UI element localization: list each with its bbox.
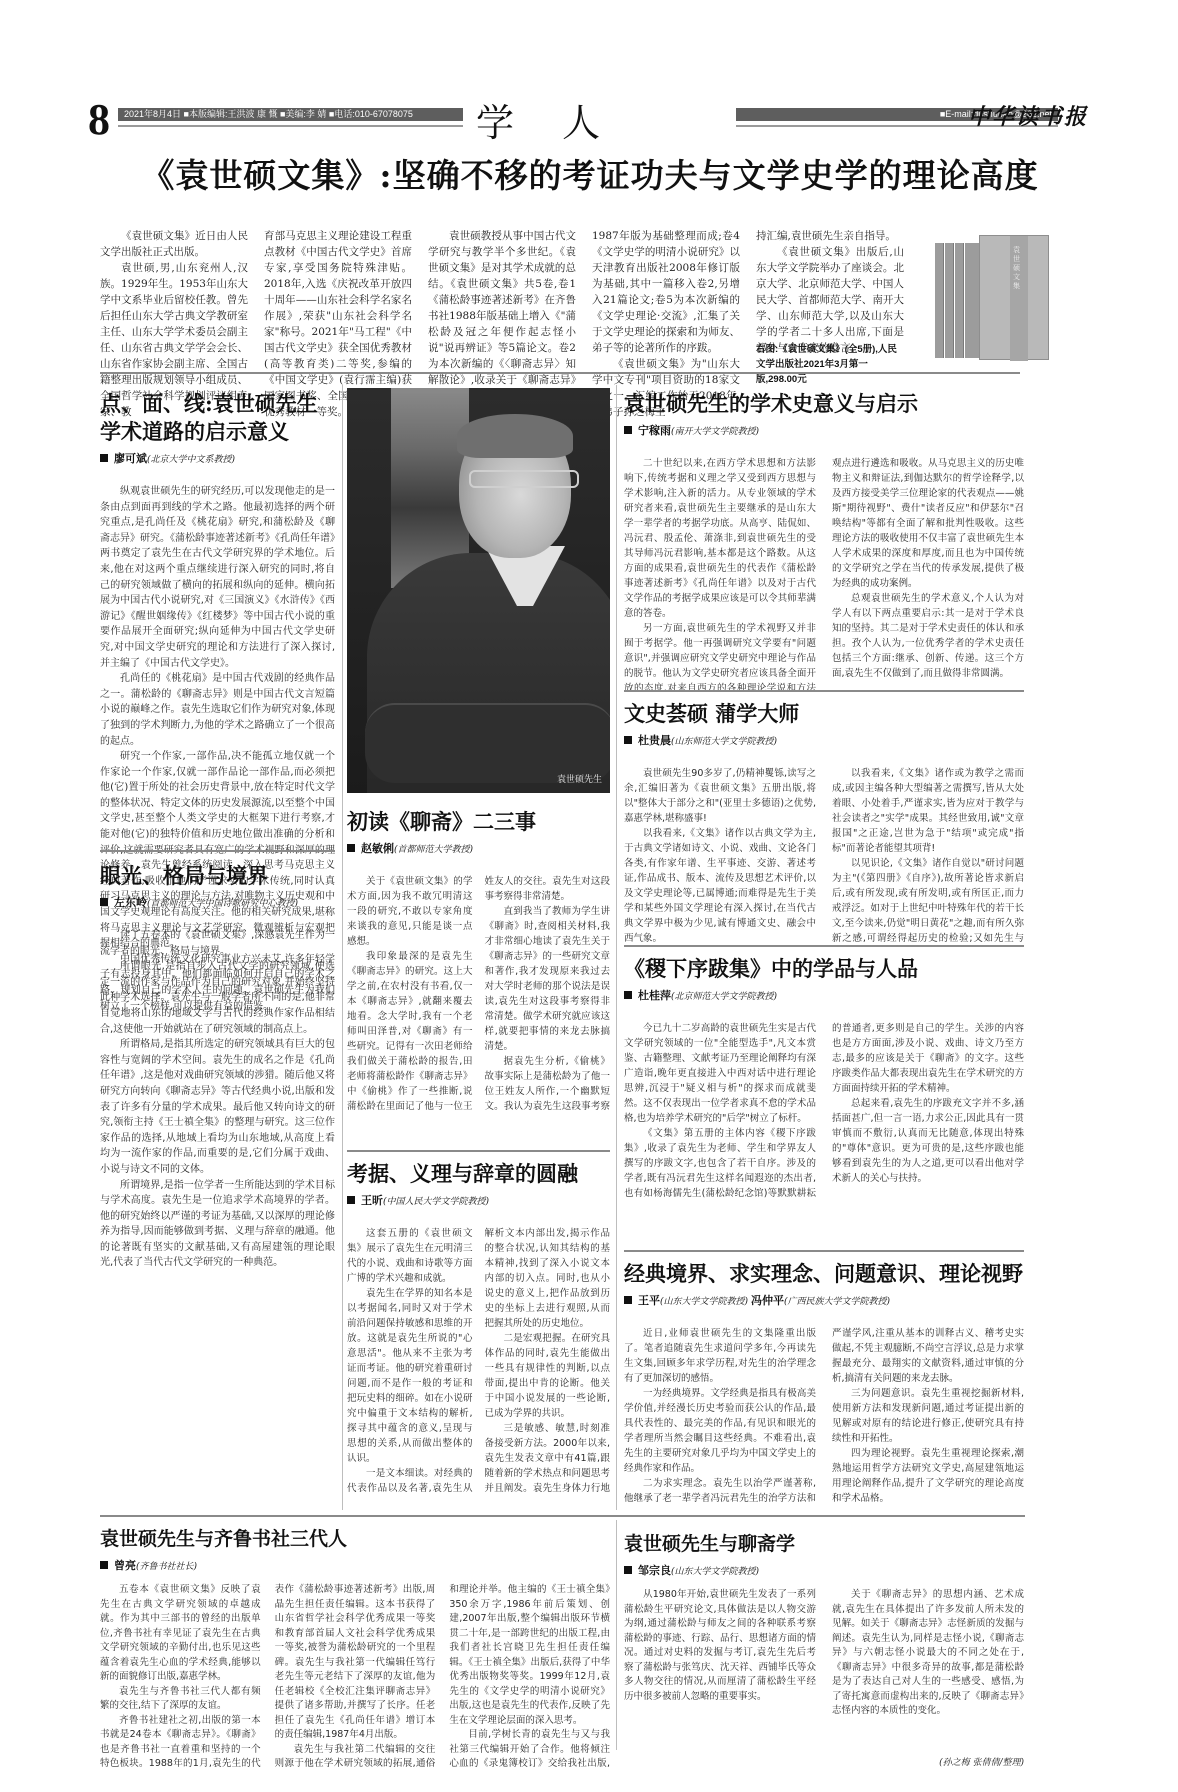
paragraph: 二是宏观把握。在研究具体作品的同时,袁先生能做出一些具有规律性的判断,以点带面,… bbox=[485, 1331, 611, 1421]
divider bbox=[624, 1250, 1024, 1252]
section-title: 学人 bbox=[476, 92, 648, 147]
author-name: 杜桂萍 bbox=[638, 990, 671, 1002]
article-wang-ping-feng-zhongping: 经典境界、求实理念、问题意识、理论视野 王平(山东大学文学院教授) 冯仲平(广西… bbox=[624, 1260, 1024, 1516]
paragraph: 1987年版为基础整理而成;卷4《文学史学的明清小说研究》以天津教育出版社200… bbox=[592, 228, 740, 356]
divider bbox=[100, 850, 335, 852]
newspaper-logo: 中华读书报 bbox=[968, 100, 1088, 131]
intro-column-5: 持汇编,袁世硕先生亲自指导。 《袁世硕文集》出版后,山东大学文学院举办了座谈会。… bbox=[756, 228, 904, 356]
author-affiliation: (北京师范大学文学院教授) bbox=[671, 992, 777, 1002]
author-name: 赵敏俐 bbox=[361, 843, 394, 855]
paragraph: 《袁世硕文集》近日由人民文学出版社正式出版。 bbox=[100, 228, 248, 260]
article-wang-xin: 考据、义理与辞章的圆融 王昕(中国人民大学文学院教授) 这套五册的《袁世硕文集》… bbox=[347, 1160, 610, 1501]
author-affiliation: (南开大学文学院教授) bbox=[671, 427, 759, 437]
paragraph: 所谓境界,是指一位学者一生所能达到的学术目标与学术高度。袁先生是一位追求学术高境… bbox=[100, 1178, 335, 1272]
byline: 邹宗良(山东大学文学院教授) bbox=[624, 1562, 1024, 1578]
article-body: 今已九十二岁高龄的袁世硕先生实是古代文学研究领域的一位"全能型选手",凡文本赏鉴… bbox=[624, 1021, 1024, 1221]
paragraph: 直到我当了教师为学生讲《聊斋》时,查阅相关材料,我才非常细心地读了袁先生关于《聊… bbox=[485, 904, 611, 1054]
article-title: 经典境界、求实理念、问题意识、理论视野 bbox=[624, 1260, 1024, 1288]
article-body: 关于《袁世硕文集》的学术方面,因为我不敢冗明清这一段的研究,不敢以专家角度来谈我… bbox=[347, 874, 610, 1124]
paragraph: 总观袁世硕先生的学术意义,个人认为对学人有以下两点重要启示:其一是对于学术良知的… bbox=[832, 591, 1024, 681]
paragraph: 一为经典境界。文学经典是指具有极高美学价值,并经漫长历史考验而获公认的作品,最具… bbox=[624, 1386, 816, 1476]
book-photo-caption: 右图:《袁世硕文集》(全5册),人民文学出版社2021年3月第一版,298.00… bbox=[756, 342, 906, 387]
square-bullet-icon bbox=[624, 991, 632, 999]
author-affiliation: (广西民族大学文学院教授) bbox=[784, 1297, 890, 1307]
page-number: 8 bbox=[88, 94, 110, 145]
square-bullet-icon bbox=[624, 1296, 632, 1304]
section-divider bbox=[100, 1515, 1025, 1517]
article-body: 二十世纪以来,在西方学术思想和方法影响下,传统考据和义理之学又受到西方思想与学术… bbox=[624, 456, 1024, 706]
article-du-guiping: 《稷下序跋集》中的学品与人品 杜桂萍(北京师范大学文学院教授) 今已九十二岁高龄… bbox=[624, 955, 1024, 1221]
divider bbox=[347, 1150, 610, 1152]
paragraph: 关于《聊斋志异》的思想内涵、艺术成就,袁先生在具体提出了许多发前人所未发的见解。… bbox=[832, 1588, 1024, 1719]
author-affiliation: (山东大学文学院教授) bbox=[671, 1567, 759, 1577]
article-zou-zongliang: 袁世硕先生与聊斋学 邹宗良(山东大学文学院教授) 从1980年开始,袁世硕先生发… bbox=[624, 1530, 1024, 1768]
paragraph: 三为问题意识。袁先生重视挖掘新材料,使用新方法和发现新问题,通过考证提出新的见解… bbox=[832, 1386, 1024, 1446]
author-name: 左东岭 bbox=[114, 897, 147, 909]
article-title: 《稷下序跋集》中的学品与人品 bbox=[624, 955, 1024, 983]
paragraph: 近日,业师袁世硕先生的文集隆重出版了。笔者追随袁先生求道问学多年,今再读先生文集… bbox=[624, 1326, 816, 1386]
paragraph: 今已九十二岁高龄的袁世硕先生实是古代文学研究领域的一位"全能型选手",凡文本赏鉴… bbox=[624, 1021, 816, 1126]
square-bullet-icon bbox=[100, 454, 108, 462]
byline: 杜贵晨(山东师范大学文学院教授) bbox=[624, 732, 1024, 748]
book-spine bbox=[945, 243, 954, 358]
book-spine bbox=[935, 243, 944, 358]
author-name: 宁稼雨 bbox=[638, 425, 671, 437]
article-body: 袁世硕先生90多岁了,仍精神矍铄,读写之余,汇编旧著为《袁世硕文集》五册出版,将… bbox=[624, 766, 1024, 951]
issue-info-bar: 2021年8月4日 ■本版编辑:王洪波 康 慨 ■美编:李 婧 ■电话:010-… bbox=[118, 108, 463, 121]
crossed-arms bbox=[365, 703, 610, 783]
article-title: 袁世硕先生与齐鲁书社三代人 bbox=[100, 1525, 610, 1553]
paragraph: 袁世硕先生90多岁了,仍精神矍铄,读写之余,汇编旧著为《袁世硕文集》五册出版,将… bbox=[624, 766, 816, 826]
byline: 赵敏俐(首都师范大学教授) bbox=[347, 840, 610, 856]
book-spine bbox=[955, 243, 964, 358]
article-zhao-minli: 初读《聊斋》二三事 赵敏俐(首都师范大学教授) 关于《袁世硕文集》的学术方面,因… bbox=[347, 808, 610, 1124]
author-name: 王平 bbox=[638, 1295, 660, 1307]
paragraph: 《袁世硕文集》出版后,山东大学文学院举办了座谈会。北京大学、北京师范大学、中国人… bbox=[756, 244, 904, 356]
article-body: 五卷本《袁世硕文集》反映了袁先生在古典文学研究领域的卓越成就。作为其中三部书的曾… bbox=[100, 1583, 610, 1783]
byline: 廖可斌(北京大学中文系教授) bbox=[100, 450, 335, 466]
divider bbox=[118, 125, 463, 127]
photo-caption: 袁世硕先生 bbox=[557, 772, 602, 785]
author-affiliation: (北京大学中文系教授) bbox=[147, 455, 235, 465]
article-ning-jiayu: 袁世硕先生的学术史意义与启示 宁稼雨(南开大学文学院教授) 二十世纪以来,在西方… bbox=[624, 390, 1024, 706]
byline: 宁稼雨(南开大学文学院教授) bbox=[624, 422, 1024, 438]
paragraph: 总起来看,袁先生的序跋充文字并不多,涵括面甚广,但一言一语,力求公正,因此具有一… bbox=[832, 1096, 1024, 1186]
divider bbox=[624, 690, 1024, 692]
paragraph: 所谓格局,是指其所选定的研究领域具有巨大的包容性与宽阔的学术空间。袁先生的成名之… bbox=[100, 1037, 335, 1177]
article-body: 从1980年开始,袁世硕先生发表了一系列蒲松龄生平研究论文,具体做法是以人物交游… bbox=[624, 1588, 1024, 1753]
cover-title: 袁世硕文集 bbox=[1013, 246, 1025, 291]
paragraph: 从1980年开始,袁世硕先生发表了一系列蒲松龄生平研究论文,具体做法是以人物交游… bbox=[624, 1588, 816, 1704]
paragraph: 以我看来,《文集》诸作以古典文学为主,于古典文学诸如诗文、小说、戏曲、文论各门各… bbox=[624, 826, 816, 946]
article-body: 这套五册的《袁世硕文集》展示了袁先生在元明清三代的小说、戏曲和诗歌等方面广博的学… bbox=[347, 1226, 610, 1501]
paragraph: 袁先生与齐鲁书社三代人都有频繁的交往,结下了深厚的友谊。 bbox=[100, 1685, 261, 1714]
paragraph: 这套五册的《袁世硕文集》展示了袁先生在元明清三代的小说、戏曲和诗歌等方面广博的学… bbox=[347, 1226, 473, 1286]
paragraph: 袁先生在学界的知名本是以考据闻名,同时又对于学术前沿问题保持敏感和思维的开放。这… bbox=[347, 1286, 473, 1466]
article-title: 袁世硕先生与聊斋学 bbox=[624, 1530, 1024, 1558]
paragraph: 二十世纪以来,在西方学术思想和方法影响下,传统考据和义理之学又受到西方思想与学术… bbox=[624, 456, 816, 621]
portrait-photo: 袁世硕先生 bbox=[347, 388, 610, 793]
author-name: 曾亮 bbox=[114, 1560, 136, 1572]
square-bullet-icon bbox=[347, 1196, 355, 1204]
author-name: 冯仲平 bbox=[751, 1295, 784, 1307]
author-affiliation: (首都师范大学教授) bbox=[394, 845, 473, 855]
author-affiliation: (中国人民大学文学院教授) bbox=[383, 1197, 489, 1207]
book-set-photo: 袁世硕文集 bbox=[935, 235, 1050, 360]
author-name: 廖可斌 bbox=[114, 453, 147, 465]
article-zuo-dongling: 眼光、格局与境界 左东岭(首都师范大学中国诗歌研究中心教授) 读了五卷本的《袁世… bbox=[100, 862, 335, 1488]
square-bullet-icon bbox=[624, 426, 632, 434]
paragraph: 关于《袁世硕文集》的学术方面,因为我不敢冗明清这一段的研究,不敢以专家角度来谈我… bbox=[347, 874, 473, 949]
paragraph: 五卷本《袁世硕文集》反映了袁先生在古典文学研究领域的卓越成就。作为其中三部书的曾… bbox=[100, 1583, 261, 1685]
paragraph: 持汇编,袁世硕先生亲自指导。 bbox=[756, 228, 904, 244]
article-title: 眼光、格局与境界 bbox=[100, 862, 335, 890]
paragraph: 读了五卷本的《袁世硕文集》,深感袁先生作为一流学者的眼光、格局与境界。 bbox=[100, 928, 335, 959]
article-title: 考据、义理与辞章的圆融 bbox=[347, 1160, 610, 1188]
article-title: 初读《聊斋》二三事 bbox=[347, 808, 610, 836]
square-bullet-icon bbox=[100, 898, 108, 906]
paragraph: 所谓眼光,是指自步入古代文学的研究领域,便选定一流的作家与作品作为自己的研究对象… bbox=[100, 959, 335, 1037]
article-du-guichen: 文史荟硕 蒲学大师 杜贵晨(山东师范大学文学院教授) 袁世硕先生90多岁了,仍精… bbox=[624, 700, 1024, 951]
column-divider bbox=[616, 1520, 617, 1750]
square-bullet-icon bbox=[624, 1566, 632, 1574]
author-affiliation: (首都师范大学中国诗歌研究中心教授) bbox=[147, 899, 298, 909]
author-name: 王昕 bbox=[361, 1195, 383, 1207]
glasses bbox=[469, 470, 579, 488]
byline: 王平(山东大学文学院教授) 冯仲平(广西民族大学文学院教授) bbox=[624, 1292, 1024, 1308]
author-name: 邹宗良 bbox=[638, 1565, 671, 1577]
square-bullet-icon bbox=[347, 844, 355, 852]
article-zeng-liang: 袁世硕先生与齐鲁书社三代人 曾亮(齐鲁书社社长) 五卷本《袁世硕文集》反映了袁先… bbox=[100, 1525, 610, 1783]
hair bbox=[457, 414, 573, 458]
byline: 杜桂萍(北京师范大学文学院教授) bbox=[624, 987, 1024, 1003]
author-affiliation: (山东大学文学院教授) bbox=[660, 1297, 748, 1307]
section-divider bbox=[100, 372, 1020, 374]
author-affiliation: (山东师范大学文学院教授) bbox=[671, 737, 777, 747]
paragraph: 以我看来,《文集》诸作或为教学之需而成,或因主编各种大型编著之需撰写,皆从大处着… bbox=[832, 766, 1024, 856]
byline: 曾亮(齐鲁书社社长) bbox=[100, 1557, 610, 1573]
byline: 左东岭(首都师范大学中国诗歌研究中心教授) bbox=[100, 894, 335, 910]
article-title: 袁世硕先生的学术史意义与启示 bbox=[624, 390, 1024, 418]
author-name: 杜贵晨 bbox=[638, 735, 671, 747]
column-divider bbox=[342, 385, 343, 1510]
article-title: 文史荟硕 蒲学大师 bbox=[624, 700, 1024, 728]
square-bullet-icon bbox=[624, 736, 632, 744]
divider bbox=[624, 945, 1024, 947]
book-cover: 袁世硕文集 bbox=[979, 235, 1049, 360]
article-body: 近日,业师袁世硕先生的文集隆重出版了。笔者追随袁先生求道问学多年,今再读先生文集… bbox=[624, 1326, 1024, 1516]
paragraph: 孔尚任的《桃花扇》是中国古代戏剧的经典作品之一。蒲松龄的《聊斋志异》则是中国古代… bbox=[100, 671, 335, 749]
square-bullet-icon bbox=[100, 1561, 108, 1569]
masthead: 8 2021年8月4日 ■本版编辑:王洪波 康 慨 ■美编:李 婧 ■电话:01… bbox=[88, 100, 1088, 140]
article-body: 读了五卷本的《袁世硕文集》,深感袁先生作为一流学者的眼光、格局与境界。 所谓眼光… bbox=[100, 928, 335, 1488]
author-affiliation: (齐鲁书社社长) bbox=[136, 1562, 197, 1572]
article-title: 点、面、线:袁世硕先生学术道路的启示意义 bbox=[100, 390, 335, 446]
byline: 王昕(中国人民大学文学院教授) bbox=[347, 1192, 610, 1208]
page-headline: 《袁世硕文集》:坚确不移的考证功夫与文学史学的理论高度 bbox=[100, 150, 1080, 197]
paragraph: 四为理论视野。袁先生重视理论探索,潮熟地运用哲学方法研究文学史,高屋建瓴地运用理… bbox=[832, 1446, 1024, 1506]
column-divider bbox=[616, 385, 617, 1510]
paragraph: 纵观袁世硕先生的研究经历,可以发现他走的是一条由点到面再到线的学术之路。他最初选… bbox=[100, 484, 335, 671]
editor-note: (孙之梅 张倩倩/整理) bbox=[624, 1755, 1024, 1768]
